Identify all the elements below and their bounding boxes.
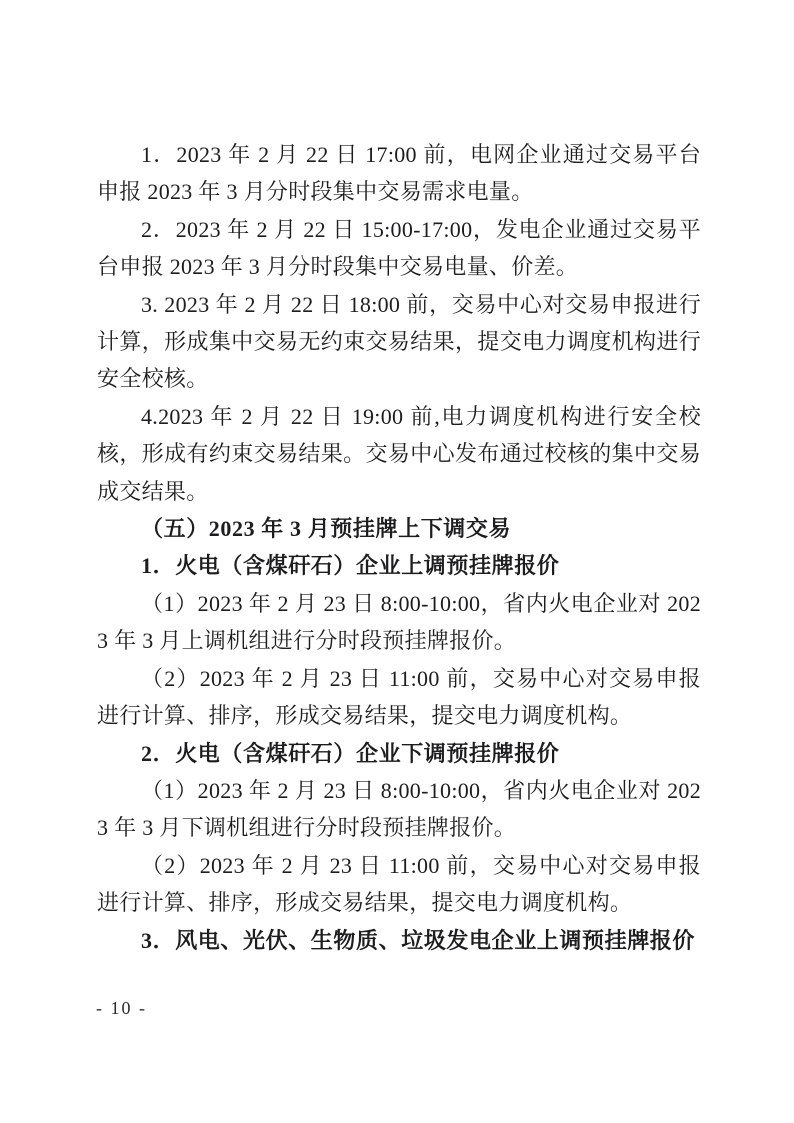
section-heading-5: （五）2023 年 3 月预挂牌上下调交易 [97,510,701,547]
paragraph-sub1-item2: （2）2023 年 2 月 23 日 11:00 前，交易中心对交易申报进行计算… [97,660,701,735]
page-number: - 10 - [96,998,147,1019]
paragraph-sub2-item1: （1）2023 年 2 月 23 日 8:00-10:00，省内火电企业对 20… [97,772,701,847]
paragraph-step-1: 1．2023 年 2 月 22 日 17:00 前，电网企业通过交易平台申报 2… [97,136,701,211]
paragraph-sub2-item2: （2）2023 年 2 月 23 日 11:00 前，交易中心对交易申报进行计算… [97,847,701,922]
document-body: 1．2023 年 2 月 22 日 17:00 前，电网企业通过交易平台申报 2… [97,136,701,959]
paragraph-step-3: 3. 2023 年 2 月 22 日 18:00 前，交易中心对交易申报进行计算… [97,286,701,398]
document-page: 1．2023 年 2 月 22 日 17:00 前，电网企业通过交易平台申报 2… [0,0,794,1123]
paragraph-step-2: 2．2023 年 2 月 22 日 15:00-17:00，发电企业通过交易平台… [97,211,701,286]
paragraph-step-4: 4.2023 年 2 月 22 日 19:00 前,电力调度机构进行安全校核，形… [97,398,701,510]
subsection-heading-1: 1．火电（含煤矸石）企业上调预挂牌报价 [97,547,701,584]
subsection-heading-2: 2．火电（含煤矸石）企业下调预挂牌报价 [97,735,701,772]
subsection-heading-3: 3．风电、光伏、生物质、垃圾发电企业上调预挂牌报价 [97,922,701,959]
paragraph-sub1-item1: （1）2023 年 2 月 23 日 8:00-10:00，省内火电企业对 20… [97,585,701,660]
